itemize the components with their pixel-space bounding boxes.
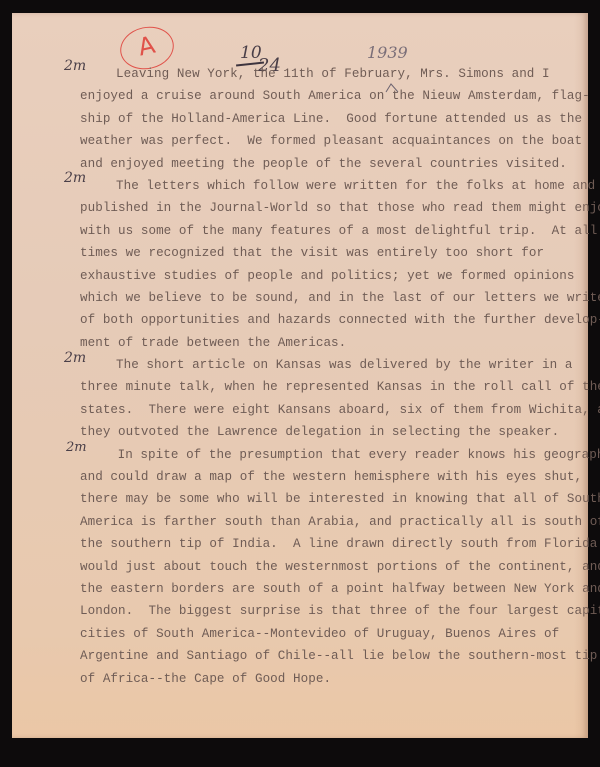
- text-line: ship of the Holland-America Line. Good f…: [80, 108, 580, 130]
- text-line: times we recognized that the visit was e…: [80, 242, 580, 264]
- text-line: the southern tip of India. A line drawn …: [80, 533, 580, 555]
- typed-document-page: A 10 24 1939 2m 2m 2m 2m Leaving New Yor…: [12, 13, 588, 738]
- text-line: three minute talk, when he represented K…: [80, 376, 580, 398]
- text-line: published in the Journal-World so that t…: [80, 197, 580, 219]
- text-line: cities of South America--Montevideo of U…: [80, 623, 580, 645]
- text-line: with us some of the many features of a m…: [80, 220, 580, 242]
- text-line: In spite of the presumption that every r…: [80, 444, 580, 466]
- text-line: weather was perfect. We formed pleasant …: [80, 130, 580, 152]
- text-line: Leaving New York, the 11th of February, …: [80, 63, 580, 85]
- year-insert-annotation: 1939: [367, 43, 408, 62]
- text-line: of Africa--the Cape of Good Hope.: [80, 668, 580, 690]
- text-line: there may be some who will be interested…: [80, 488, 580, 510]
- text-line: ment of trade between the Americas.: [80, 332, 580, 354]
- text-line: of both opportunities and hazards connec…: [80, 309, 580, 331]
- text-line: The letters which follow were written fo…: [80, 175, 580, 197]
- text-line: America is farther south than Arabia, an…: [80, 511, 580, 533]
- text-line: the eastern borders are south of a point…: [80, 578, 580, 600]
- text-line: enjoyed a cruise around South America on…: [80, 85, 580, 107]
- text-line: which we believe to be sound, and in the…: [80, 287, 580, 309]
- text-line: Argentine and Santiago of Chile--all lie…: [80, 645, 580, 667]
- circled-letter: A: [118, 27, 175, 65]
- document-body: Leaving New York, the 11th of February, …: [80, 63, 580, 690]
- text-line: The short article on Kansas was delivere…: [80, 354, 580, 376]
- text-line: and enjoyed meeting the people of the se…: [80, 153, 580, 175]
- text-line: would just about touch the westernmost p…: [80, 556, 580, 578]
- text-line: London. The biggest surprise is that thr…: [80, 600, 580, 622]
- text-line: states. There were eight Kansans aboard,…: [80, 399, 580, 421]
- text-line: they outvoted the Lawrence delegation in…: [80, 421, 580, 443]
- text-line: exhaustive studies of people and politic…: [80, 265, 580, 287]
- text-line: and could draw a map of the western hemi…: [80, 466, 580, 488]
